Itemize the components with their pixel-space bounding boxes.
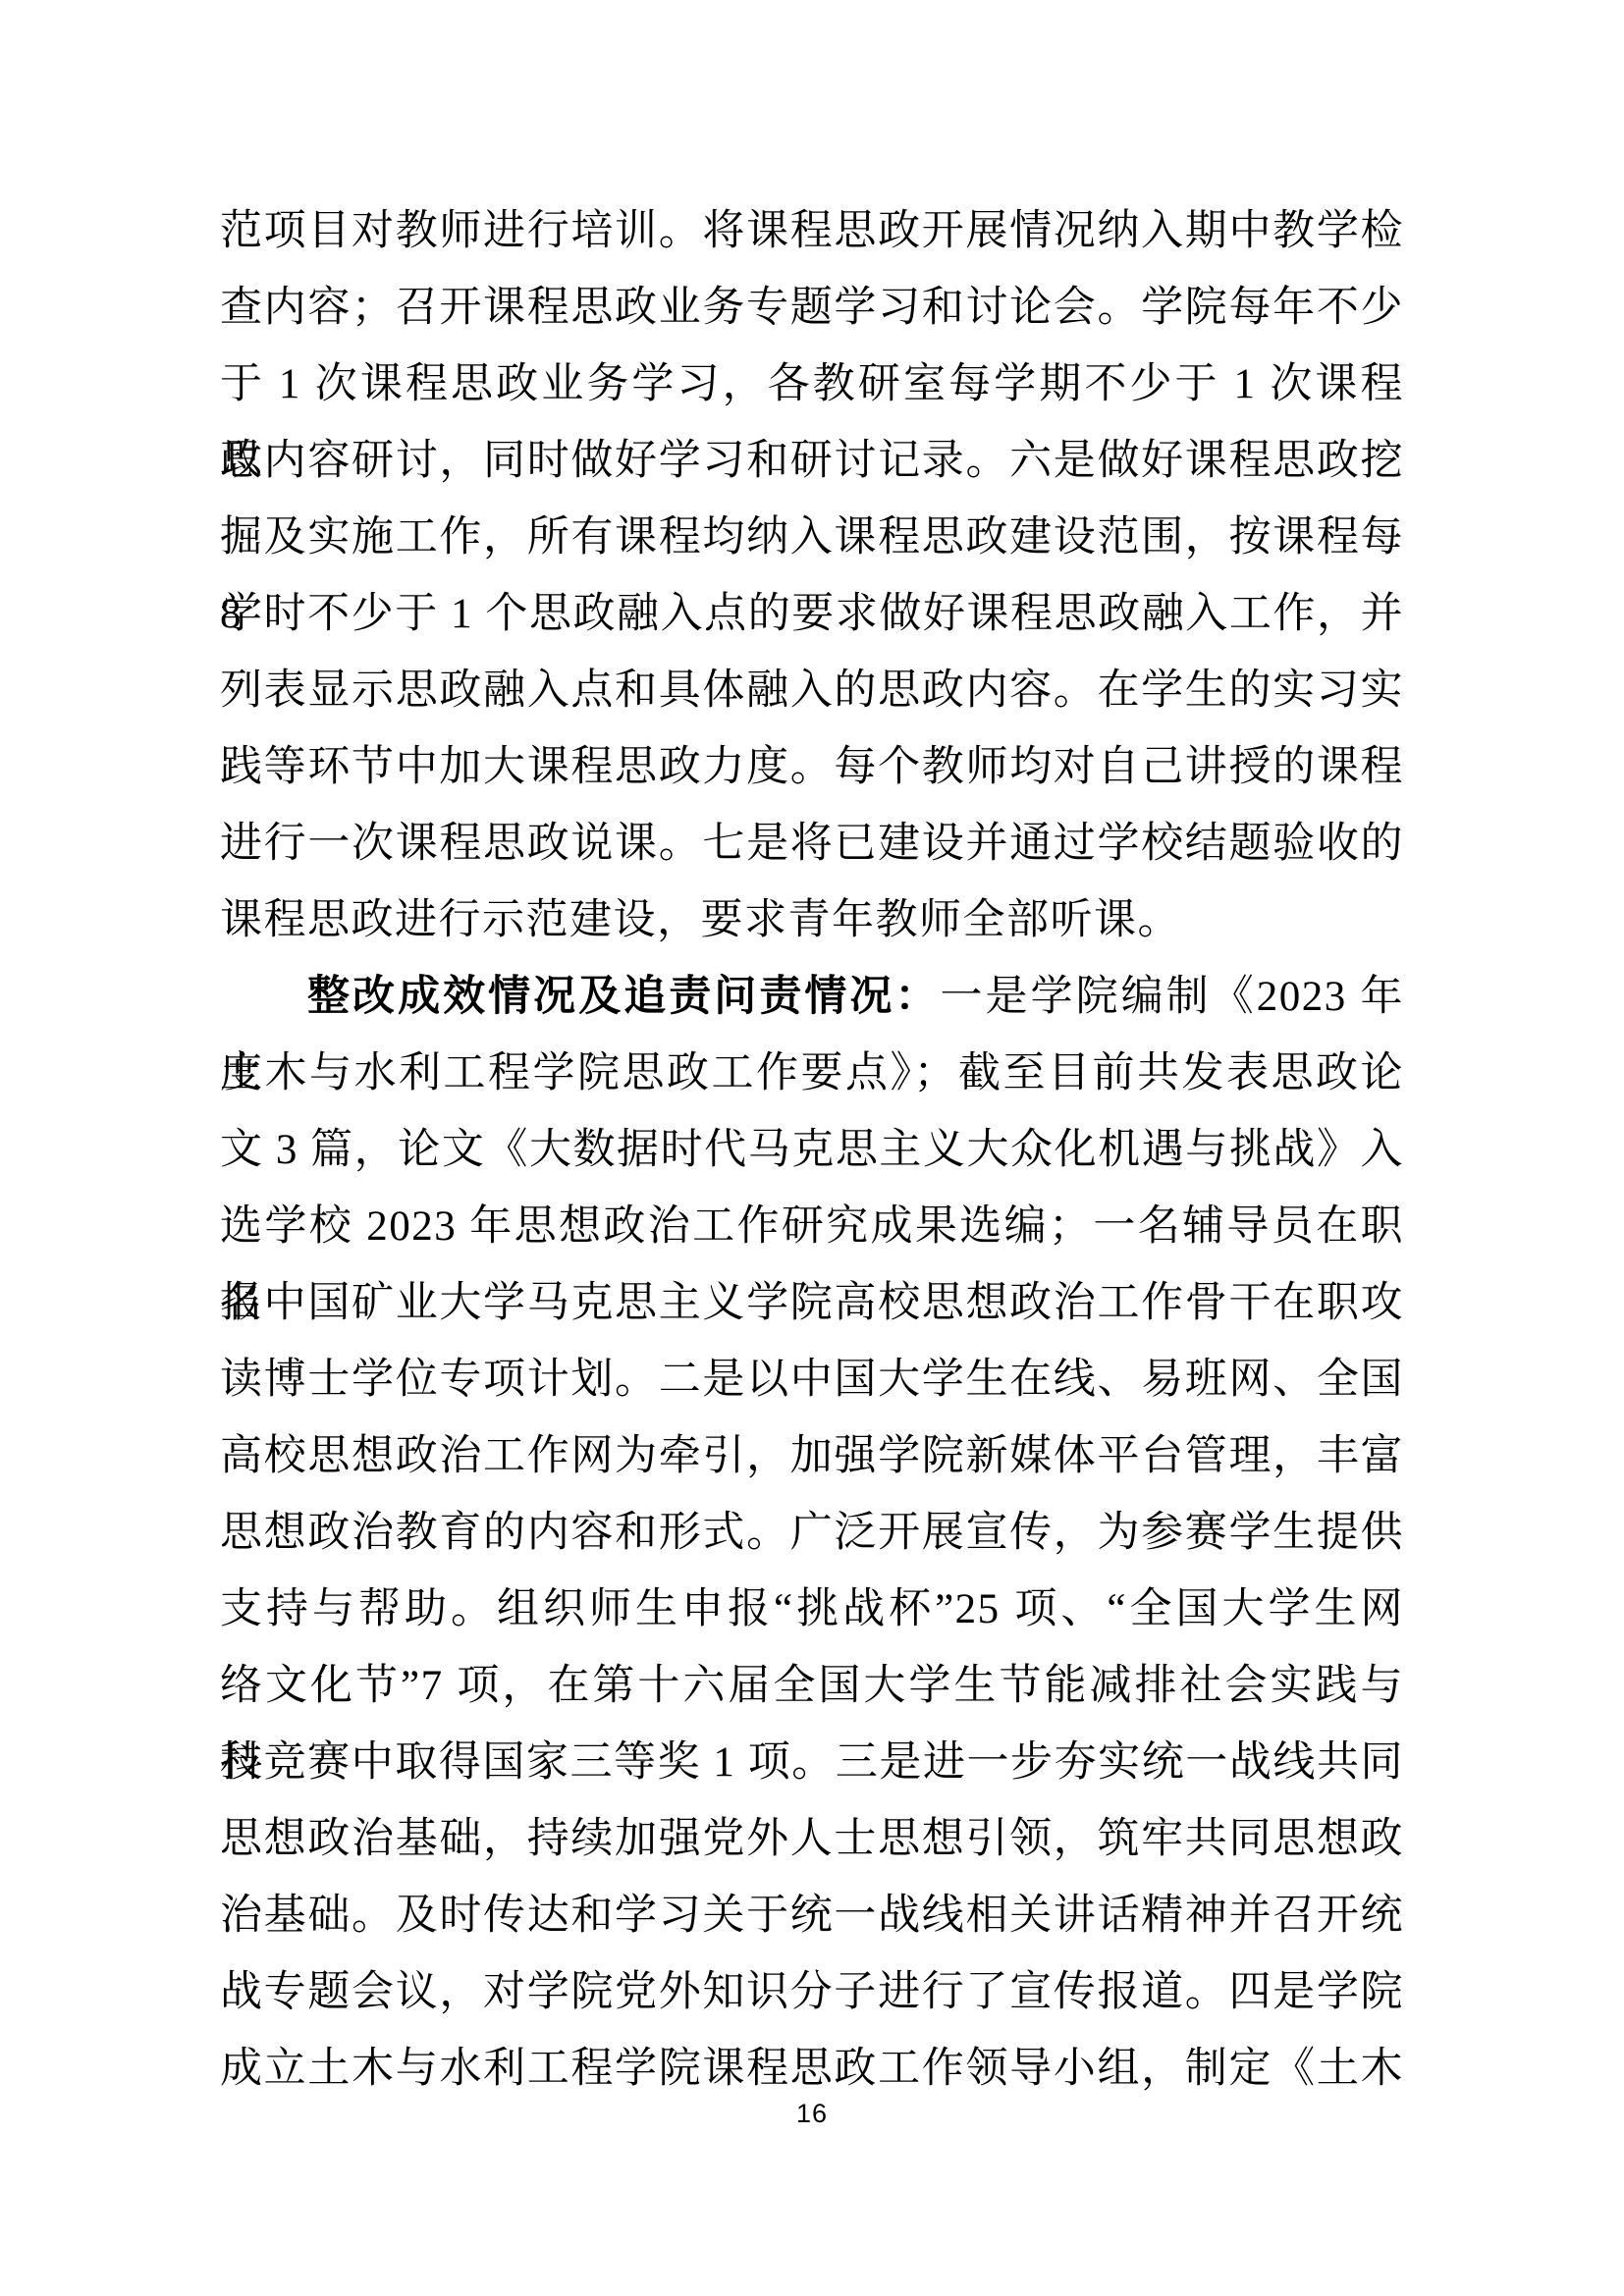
text-line: 支持与帮助。组织师生申报“挑战杯”25 项、“全国大学生网 bbox=[220, 1572, 1404, 1648]
text-line: 文 3 篇，论文《大数据时代马克思主义大众化机遇与挑战》入 bbox=[220, 1112, 1404, 1189]
text-line: 范项目对教师进行培训。将课程思政开展情况纳入期中教学检 bbox=[220, 193, 1404, 270]
text-line: 治基础。及时传达和学习关于统一战线相关讲话精神并召开统 bbox=[220, 1878, 1404, 1954]
text-line: 名中国矿业大学马克思主义学院高校思想政治工作骨干在职攻 bbox=[220, 1265, 1404, 1342]
text-line: 查内容；召开课程思政业务专题学习和讨论会。学院每年不少 bbox=[220, 270, 1404, 347]
text-line: 于 1 次课程思政业务学习，各教研室每学期不少于 1 次课程思 bbox=[220, 347, 1404, 423]
page-body: 范项目对教师进行培训。将课程思政开展情况纳入期中教学检查内容；召开课程思政业务专… bbox=[220, 193, 1404, 2108]
text-line: 高校思想政治工作网为牵引，加强学院新媒体平台管理，丰富 bbox=[220, 1418, 1404, 1495]
text-line: 掘及实施工作，所有课程均纳入课程思政建设范围，按课程每 8 bbox=[220, 500, 1404, 576]
text-line: 列表显示思政融入点和具体融入的思政内容。在学生的实习实 bbox=[220, 653, 1404, 729]
document-page: 范项目对教师进行培训。将课程思政开展情况纳入期中教学检查内容；召开课程思政业务专… bbox=[0, 0, 1624, 2296]
text-line: 络文化节”7 项，在第十六届全国大学生节能减排社会实践与科 bbox=[220, 1648, 1404, 1725]
text-line: 政内容研讨，同时做好学习和研讨记录。六是做好课程思政挖 bbox=[220, 423, 1404, 500]
text-line: 选学校 2023 年思想政治工作研究成果选编；一名辅导员在职报 bbox=[220, 1189, 1404, 1265]
bold-heading: 整改成效情况及追责问责情况： bbox=[307, 974, 940, 1020]
text-line: 思想政治基础，持续加强党外人士思想引领，筑牢共同思想政 bbox=[220, 1801, 1404, 1878]
text-line: 技竞赛中取得国家三等奖 1 项。三是进一步夯实统一战线共同 bbox=[220, 1725, 1404, 1801]
page-number: 16 bbox=[0, 2101, 1624, 2127]
text-line: 课程思政进行示范建设，要求青年教师全部听课。 bbox=[220, 882, 1404, 959]
text-line: 土木与水利工程学院思政工作要点》；截至目前共发表思政论 bbox=[220, 1036, 1404, 1112]
text-line: 践等环节中加大课程思政力度。每个教师均对自己讲授的课程 bbox=[220, 729, 1404, 806]
text-line: 战专题会议，对学院党外知识分子进行了宣传报道。四是学院 bbox=[220, 1954, 1404, 2031]
text-line: 进行一次课程思政说课。七是将已建设并通过学校结题验收的 bbox=[220, 806, 1404, 882]
text-line: 整改成效情况及追责问责情况：一是学院编制《2023 年度 bbox=[220, 959, 1404, 1036]
text-line: 学时不少于 1 个思政融入点的要求做好课程思政融入工作，并 bbox=[220, 576, 1404, 653]
text-line: 读博士学位专项计划。二是以中国大学生在线、易班网、全国 bbox=[220, 1342, 1404, 1418]
text-line: 思想政治教育的内容和形式。广泛开展宣传，为参赛学生提供 bbox=[220, 1495, 1404, 1572]
text-line: 成立土木与水利工程学院课程思政工作领导小组，制定《土木 bbox=[220, 2031, 1404, 2108]
